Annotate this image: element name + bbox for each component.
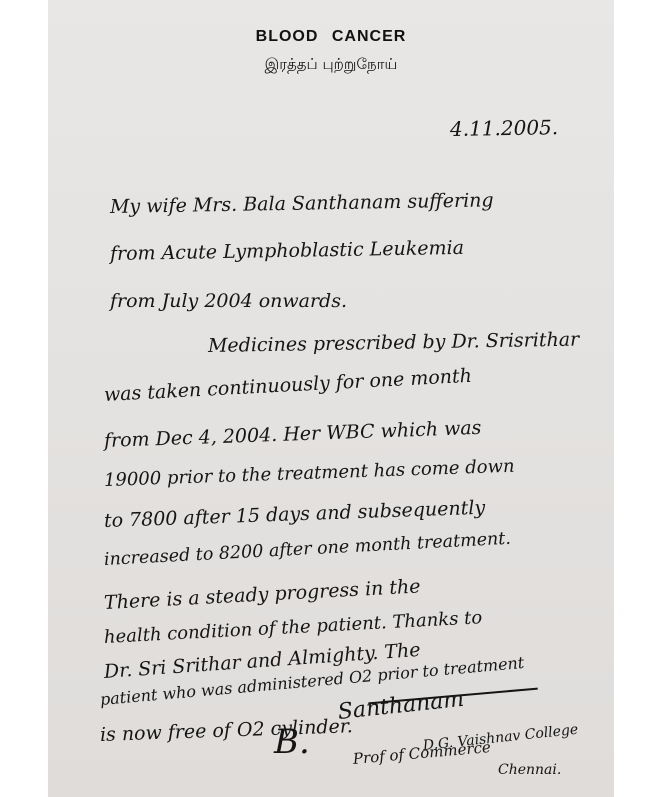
header-title-english: BLOOD CANCER bbox=[48, 28, 614, 46]
body-line: from July 2004 onwards. bbox=[110, 290, 347, 312]
body-line: There is a steady progress in the bbox=[103, 575, 421, 614]
letter-date: 4.11.2005. bbox=[450, 115, 559, 141]
body-line: health condition of the patient. Thanks … bbox=[103, 607, 482, 648]
body-line: is now free of O2 cylinder. bbox=[100, 715, 354, 746]
body-line: Medicines prescribed by Dr. Srisrithar bbox=[208, 329, 580, 357]
signature-title-line: Chennai. bbox=[498, 762, 561, 778]
body-line: to 7800 after 15 days and subsequently bbox=[104, 497, 486, 532]
body-line: increased to 8200 after one month treatm… bbox=[103, 529, 511, 570]
signature-scrawl: Santhanam bbox=[337, 687, 466, 725]
letter-page: BLOOD CANCER இரத்தப் புற்றுநோய் 4.11.200… bbox=[48, 0, 614, 797]
body-line: My wife Mrs. Bala Santhanam suffering bbox=[110, 189, 494, 218]
header-title-tamil: இரத்தப் புற்றுநோய் bbox=[48, 55, 614, 75]
body-line: was taken continuously for one month bbox=[103, 365, 472, 406]
body-line: 19000 prior to the treatment has come do… bbox=[104, 456, 515, 491]
body-line: from Acute Lymphoblastic Leukemia bbox=[110, 237, 464, 265]
body-line: from Dec 4, 2004. Her WBC which was bbox=[104, 417, 482, 452]
signature-title-line: D.G. Vaishnav College bbox=[422, 722, 579, 754]
signature-initial: B. bbox=[274, 722, 310, 762]
